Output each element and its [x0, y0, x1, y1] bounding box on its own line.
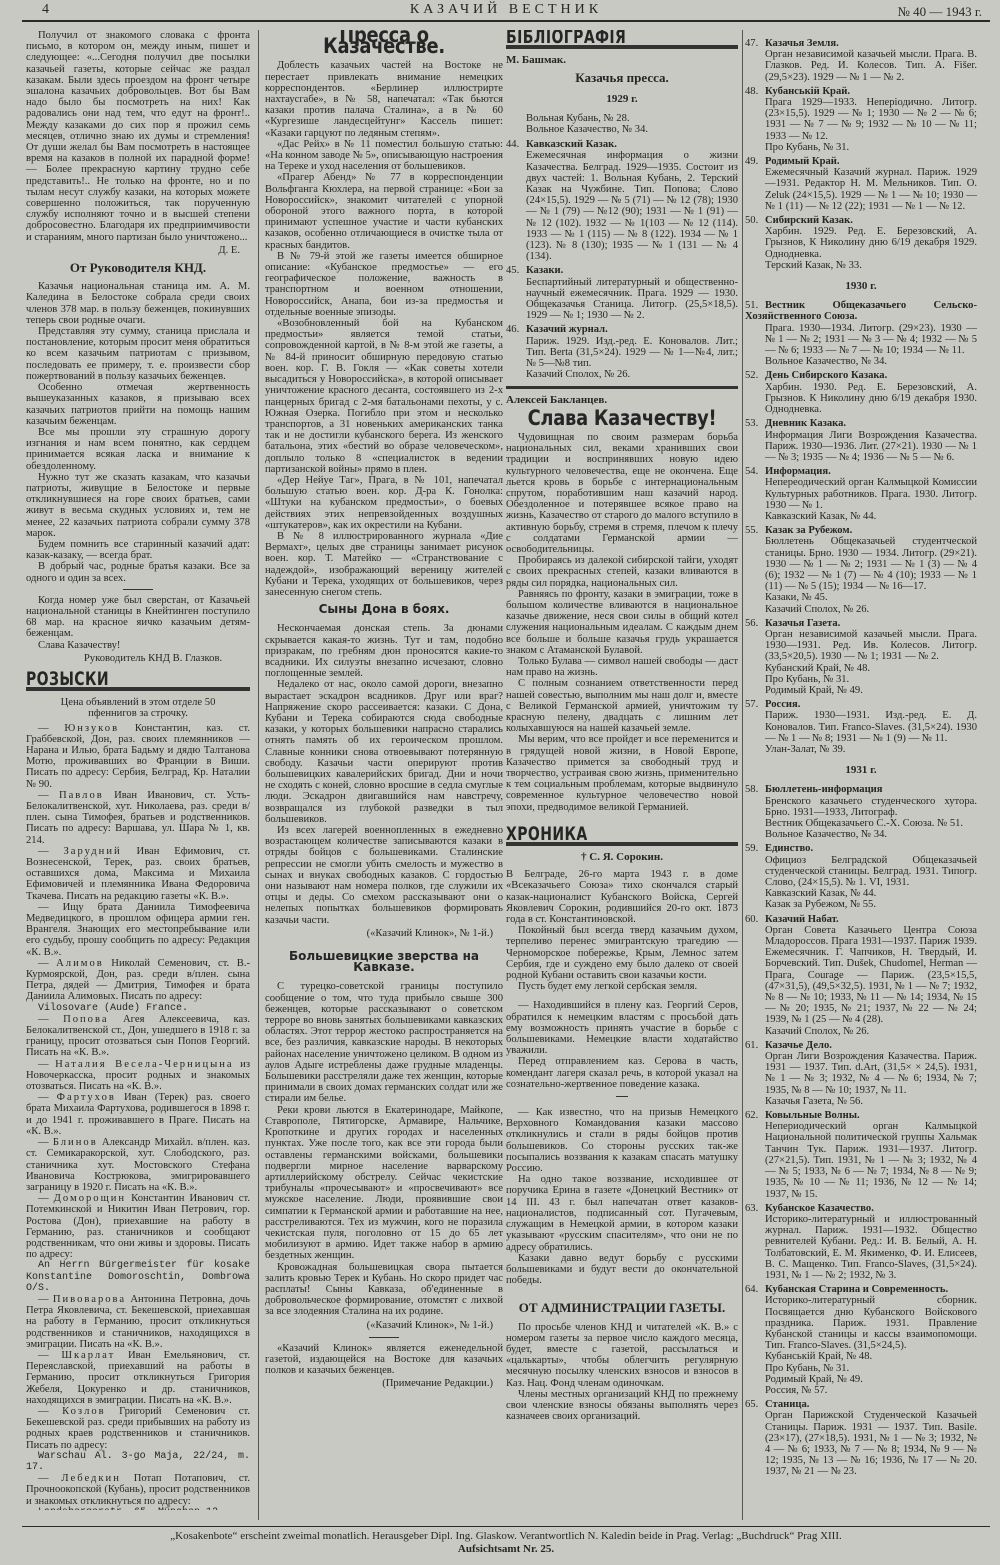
paragraph: Слава Казачеству!	[26, 640, 250, 651]
entry-title: Станица.	[765, 1399, 809, 1410]
column-divider	[258, 30, 259, 1520]
paragraph: С турецко-советской границы поступило со…	[265, 981, 503, 1104]
section-rule	[506, 386, 738, 389]
person-name: Зарудний	[63, 846, 121, 857]
entry-description: Париж. 1930—1931. Изд.-ред. Е. Д. Конова…	[765, 710, 977, 744]
cross-ref: Казак за Рубежом, № 55.	[765, 899, 977, 910]
dash: —	[38, 723, 64, 734]
cross-ref: Кавказский Казак, № 44.	[765, 888, 977, 899]
person-name: Наталия Весела-Черницына	[55, 1059, 233, 1070]
cross-refs: Вольная Кубань, № 28. Вольное Казачество…	[506, 113, 738, 135]
entry-title: Вестник Общеказачьего Сельско-Хозяйствен…	[745, 300, 977, 322]
entry-description: Орган Лиги Возрождения Казачества. Париж…	[765, 1051, 977, 1096]
entry-title: Казаки.	[526, 265, 563, 276]
cross-ref: Про Кубань, № 31.	[765, 1363, 977, 1374]
atrocities-article: С турецко-советской границы поступило со…	[265, 981, 503, 1389]
slava-article: Чудовищная по своим размерам борьба наци…	[506, 432, 738, 813]
entry-title: Ковыльные Волны.	[765, 1110, 860, 1121]
paragraph: — Находившийся в плену каз. Георгий Серо…	[506, 1000, 738, 1056]
entry-header: 53.Дневник Казака.	[745, 418, 977, 429]
year-heading: 1929 г.	[506, 94, 738, 105]
bibliography-entry: 52.День Сибирского Казака.Харбин. 1930. …	[745, 370, 977, 415]
cross-ref: Вестник Общеказачьего С.-Х. Союза. № 51.	[765, 818, 977, 829]
entry-title: Казачий журнал.	[526, 324, 608, 335]
entry-title: Россия.	[765, 699, 800, 710]
paragraph: Нескончаемая донская степь. За дюнами ск…	[265, 623, 503, 679]
don-heading: Сыны Дона в боях.	[265, 604, 503, 615]
bibliography-entry: 60.Казачий Набат.Орган Совета Казачьего …	[745, 914, 977, 1037]
search-notice: — Ищу брата Даниила Тимофеевича Медведиц…	[26, 902, 250, 958]
paragraph: Покойный был всегда тверд казачьим духом…	[506, 925, 738, 981]
cross-ref: Казаки, № 45.	[765, 592, 977, 603]
paragraph: В добрый час, родные братья казаки. Все …	[26, 561, 250, 583]
dash: —	[38, 958, 56, 969]
entry-body: Орган независимой казачьей мысли. Прага.…	[745, 629, 977, 696]
entry-body: Информация Лиги Возрождения Казачества. …	[745, 430, 977, 464]
entry-body: Орган Парижской Студенческой Казачьей Ст…	[745, 1410, 977, 1477]
paragraph: Чудовищная по своим размерам борьба наци…	[506, 432, 738, 555]
source-citation: («Казачий Клинок», № 1-й.)	[265, 928, 493, 939]
entry-number: 51.	[745, 300, 765, 311]
obituary-heading: † С. Я. Сорокин.	[506, 852, 738, 863]
press-article: Доблесть казачьих частей на Востоке не п…	[265, 60, 503, 598]
entry-body: Бюллетень Общеказачьей студентческой ста…	[745, 536, 977, 614]
entry-number: 58.	[745, 784, 765, 795]
paragraph: «Прагер Абенд» № 77 в корреспонденции Во…	[265, 172, 503, 250]
bibliography-entry: 51.Вестник Общеказачьего Сельско-Хозяйст…	[745, 300, 977, 367]
entry-header: 52.День Сибирского Казака.	[745, 370, 977, 381]
paragraph: По просьбе членов КНД и читателей «К. В.…	[506, 1322, 738, 1389]
paragraph: Когда номер уже был сверстан, от Казачье…	[26, 595, 250, 640]
postal-address: Landsbergerstr. 65, München 12.	[26, 1507, 250, 1510]
search-notice: — Доморощин Константин Иванович ст. Поте…	[26, 1193, 250, 1260]
don-article: Нескончаемая донская степь. За дюнами ск…	[265, 623, 503, 939]
entry-description: Прага. 1930—1934. Литогр. (29×23). 1930 …	[765, 323, 977, 357]
search-list: — Юнзуков Константин, каз. ст. Граббевск…	[26, 723, 250, 1510]
entry-title: Кавказский Казак.	[526, 139, 617, 150]
knd-signature: Руководитель КНД В. Глазков.	[66, 653, 240, 664]
paragraph: Представляя эту сумму, станица прислала …	[26, 326, 250, 382]
entry-number: 54.	[745, 466, 765, 477]
dash: —	[38, 846, 63, 857]
entry-body: Орган Совета Казачьего Центра Союза Млад…	[745, 925, 977, 1037]
paragraph: Все мы прошли эту страшную дорогу изгнан…	[26, 427, 250, 472]
bibliography-entry: 57.Россия.Париж. 1930—1931. Изд.-ред. Е.…	[745, 699, 977, 755]
cross-ref: Казачья Газета, № 56.	[765, 1096, 977, 1107]
entry-number: 57.	[745, 699, 765, 710]
entry-title: Кубанськiй Край.	[765, 86, 850, 97]
bibliography-entry: 49.Родимый Край.Ежемесячный Казачий журн…	[745, 156, 977, 212]
chronicle-heading: ХРОНИКА	[506, 829, 696, 840]
entry-title: Казак за Рубежом.	[765, 525, 852, 536]
entry-title: Кубанская Старина и Современность.	[765, 1284, 948, 1295]
entry-header: 58.Бюллетень-информация	[745, 784, 977, 795]
dash: —	[38, 1473, 61, 1484]
bibliography-list: 58.Бюллетень-информацияБренского казачье…	[745, 784, 977, 1477]
atrocities-heading: Большевицкие зверства на Кавказе.	[265, 951, 503, 973]
cross-ref: Улан-Залат, № 39.	[765, 744, 977, 755]
bibliography-entry: 48.Кубанськiй Край.Прага 1929—1933. Непе…	[745, 86, 977, 153]
paragraph: Равняясь по фронту, казаки в эмиграции, …	[506, 589, 738, 656]
bibliography-entry: 44.Кавказский Казак.Ежемесячная информац…	[506, 139, 738, 262]
entry-header: 61.Казачье Дело.	[745, 1040, 977, 1051]
dash: —	[38, 1092, 57, 1103]
entry-body: Прага 1929—1933. Неперiодично. Литогр. (…	[745, 97, 977, 153]
entry-title: Бюллетень-информация	[765, 784, 883, 795]
entry-title: Информация.	[765, 466, 831, 477]
entry-title: Дневник Казака.	[765, 418, 846, 429]
entry-body: Париж. 1929. Изд.-ред. Е. Коновалов. Лит…	[506, 336, 738, 381]
cross-ref: Кубанский Край, № 48.	[765, 663, 977, 674]
paragraph: В № 79-й этой же газеты имеется обширное…	[265, 251, 503, 318]
cross-ref: Вольное Казачество, № 34.	[526, 124, 738, 135]
bibliography-list: 44.Кавказский Казак.Ежемесячная информац…	[506, 139, 738, 380]
entry-description: Орган Парижской Студенческой Казачьей Ст…	[765, 1410, 977, 1477]
divider	[616, 1096, 628, 1097]
paragraph: Члены местных организаций КНД по прежнем…	[506, 1389, 738, 1423]
entry-body: Беспартийный литературный и общественно-…	[506, 277, 738, 322]
search-section-heading: РОЗЫСКИ	[26, 674, 210, 685]
entry-number: 60.	[745, 914, 765, 925]
entry-header: 51.Вестник Общеказачьего Сельско-Хозяйст…	[745, 300, 977, 322]
entry-body: Прага. 1930—1934. Литогр. (29×23). 1930 …	[745, 323, 977, 368]
obituary: В Белграде, 26-го марта 1943 г. в доме «…	[506, 869, 738, 992]
paragraph: Казачья национальная станица им. А. М. К…	[26, 281, 250, 326]
entry-body: Харбин. 1930. Ред. Е. Березовский, А. Гр…	[745, 382, 977, 416]
entry-description: Ежемесячный Казачий журнал. Париж. 1929—…	[765, 167, 977, 212]
paragraph: «Дас Рейх» в № 11 поместил большую стать…	[265, 139, 503, 173]
dash: —	[38, 1350, 61, 1361]
entry-title: День Сибирского Казака.	[765, 370, 887, 381]
search-notice: — Фартухов Иван (Терек) раз. своего брат…	[26, 1092, 250, 1137]
entry-description: Бюллетень Общеказачьей студентческой ста…	[765, 536, 977, 592]
paragraph: «Дер Нейуе Таг», Прага, в № 101, напечат…	[265, 475, 503, 531]
footer-rule	[22, 1526, 990, 1527]
paragraph: «Возобновленный бой на Кубанском предмос…	[265, 318, 503, 475]
entry-number: 46.	[506, 324, 526, 335]
cross-ref: Про Кубань, № 31.	[765, 674, 977, 685]
column-4: 47.Казачья Земля.Орган независимой казач…	[745, 30, 977, 1510]
entry-header: 47.Казачья Земля.	[745, 38, 977, 49]
dash: —	[38, 1193, 54, 1204]
paragraph: Недалеко от нас, около самой дороги, вне…	[265, 679, 503, 825]
entry-number: 47.	[745, 38, 765, 49]
censor-number: Aufsichtsamt Nr. 25.	[22, 1543, 990, 1556]
bibliography-list: 51.Вестник Общеказачьего Сельско-Хозяйст…	[745, 300, 977, 755]
paragraph: Мы верим, что все пройдет и все перемени…	[506, 734, 738, 812]
entry-header: 57.Россия.	[745, 699, 977, 710]
divider	[123, 589, 153, 590]
column-1: Получил от знакомого словака с фронта пи…	[26, 30, 250, 1510]
search-notice: — Павлов Иван Иванович, ст. Усть-Белокал…	[26, 790, 250, 846]
entry-description: Париж. 1929. Изд.-ред. Е. Коновалов. Лит…	[526, 336, 738, 370]
postal-address: An Herrn Bürgermeister für kosake Konsta…	[26, 1260, 250, 1294]
entry-description: Официоз Белградской Общеказачьей студенч…	[765, 855, 977, 889]
person-name: Пивоварова	[53, 1294, 126, 1305]
entry-body: Историко-литературный и иллюстрованный ж…	[745, 1214, 977, 1281]
bibliography-entry: 64.Кубанская Старина и Современность.Ист…	[745, 1284, 977, 1396]
entry-header: 59.Единство.	[745, 843, 977, 854]
column-divider	[742, 30, 743, 1520]
entry-description: Прага 1929—1933. Неперiодично. Литогр. (…	[765, 97, 977, 142]
dash: —	[38, 790, 59, 801]
imprint-footer: „Kosakenbote“ erscheint zweimal monatlic…	[22, 1530, 990, 1556]
entry-header: 63.Кубанское Казачество.	[745, 1203, 977, 1214]
person-name: Лебедкин	[61, 1473, 121, 1484]
person-name: Фартухов	[57, 1092, 116, 1103]
bibliography-entry: 56.Казачья Газета.Орган независимой каза…	[745, 618, 977, 696]
paragraph: С полным сознанием ответственности перед…	[506, 678, 738, 734]
entry-title: Казачий Набат.	[765, 914, 839, 925]
paragraph: Перед отправлением каз. Серова в часть, …	[506, 1056, 738, 1090]
dash: —	[38, 1406, 62, 1417]
entry-description: Беспартийный литературный и общественно-…	[526, 277, 738, 322]
entry-number: 59.	[745, 843, 765, 854]
paragraph: Кровожадная большевицкая свора пытается …	[265, 1262, 503, 1318]
entry-body: Ежемесячный Казачий журнал. Париж. 1929—…	[745, 167, 977, 212]
entry-header: 54.Информация.	[745, 466, 977, 477]
entry-header: 56.Казачья Газета.	[745, 618, 977, 629]
cross-ref: Терский Казак, № 33.	[765, 260, 977, 271]
paragraph: Из всех лагерей военнопленных в ежедневн…	[265, 825, 503, 926]
dash: —	[38, 1294, 53, 1305]
search-notice: — Шкарлат Иван Емельянович, ст. Переясла…	[26, 1350, 250, 1406]
entry-title: Сибирский Казак.	[765, 215, 853, 226]
entry-number: 48.	[745, 86, 765, 97]
entry-header: 60.Казачий Набат.	[745, 914, 977, 925]
bibliography-entry: 55.Казак за Рубежом.Бюллетень Общеказачь…	[745, 525, 977, 615]
search-notice: — Блинов Александр Михайл. в/плен. каз. …	[26, 1137, 250, 1193]
masthead: 4 КАЗАЧИЙ ВЕСТНИК № 40 — 1943 г.	[22, 0, 990, 22]
entry-description: Историко-литературный и иллюстрованный ж…	[765, 1214, 977, 1281]
entry-body: Харбин. 1929. Ред. Е. Березовский, А. Гр…	[745, 226, 977, 271]
issue-number: № 40 — 1943 г.	[897, 4, 982, 20]
person-name: Попова	[63, 1014, 108, 1025]
paragraph: Реки крови льются в Екатеринодаре, Майко…	[265, 1105, 503, 1262]
cross-ref: Казачий Сполох, № 26.	[765, 1026, 977, 1037]
entry-title: Единство.	[765, 843, 813, 854]
entry-description: Орган независимой казачьей мысли. Прага.…	[765, 49, 977, 83]
newspaper-title: КАЗАЧИЙ ВЕСТНИК	[22, 2, 990, 18]
bibliography-list: 47.Казачья Земля.Орган независимой казач…	[745, 38, 977, 271]
entry-description: Ежемесячная информация о жизни Казачеств…	[526, 150, 738, 262]
entry-header: 45.Казаки.	[506, 265, 738, 276]
paragraph: — Как известно, что на призыв Немецкого …	[506, 1107, 738, 1174]
year-heading: 1931 г.	[745, 765, 977, 776]
bibliography-entry: 47.Казачья Земля.Орган независимой казач…	[745, 38, 977, 83]
paragraph: В № 8 иллюстрированного журнала «Дие Вер…	[265, 531, 503, 598]
letter-text: Получил от знакомого словака с фронта пи…	[26, 30, 250, 243]
column-2: Пресса о Казачестве. Доблесть казачьих ч…	[265, 30, 503, 1510]
person-name: Шкарлат	[61, 1350, 115, 1361]
bibliography-entry: 53.Дневник Казака.Информация Лиги Возрож…	[745, 418, 977, 463]
person-name: Блинов	[53, 1137, 98, 1148]
cross-ref: Вольное Казачество, № 34.	[765, 829, 977, 840]
entry-number: 63.	[745, 1203, 765, 1214]
bibliography-entry: 63.Кубанское Казачество.Историко-литерат…	[745, 1203, 977, 1281]
entry-header: 64.Кубанская Старина и Современность.	[745, 1284, 977, 1295]
person-name: Юнзуков	[64, 723, 119, 734]
bibliography-heading: БІБЛІОҐРАФІЯ	[506, 32, 696, 43]
entry-body: Официоз Белградской Общеказачьей студенч…	[745, 855, 977, 911]
paragraph: Казаки давно ведут борьбу с русскими бол…	[506, 1253, 738, 1287]
paragraph: В Белграде, 26-го марта 1943 г. в доме «…	[506, 869, 738, 925]
press-heading: Пресса о Казачестве.	[283, 30, 485, 52]
postal-address: Vilosovare (Aude) France.	[26, 1003, 250, 1014]
bibliography-entry: 62.Ковыльные Волны.Непериодический орган…	[745, 1110, 977, 1200]
entry-description: Харбин. 1930. Ред. Е. Березовский, А. Гр…	[765, 382, 977, 416]
bibliography-entry: 50.Сибирский Казак.Харбин. 1929. Ред. Е.…	[745, 215, 977, 271]
person-name: Алимов	[56, 958, 104, 969]
paragraph: Пусть будет ему легкой сербская земля.	[506, 981, 738, 992]
entry-title: Кубанское Казачество.	[765, 1203, 874, 1214]
dash: —	[38, 1014, 63, 1025]
entry-body: Париж. 1930—1931. Изд.-ред. Е. Д. Конова…	[745, 710, 977, 755]
dash: —	[38, 902, 63, 913]
entry-header: 50.Сибирский Казак.	[745, 215, 977, 226]
entry-header: 48.Кубанськiй Край.	[745, 86, 977, 97]
entry-body: Орган независимой казачьей мысли. Прага.…	[745, 49, 977, 83]
entry-number: 55.	[745, 525, 765, 536]
cross-ref: Казачий Сполох, № 26.	[765, 604, 977, 615]
cross-ref: Вольная Кубань, № 28.	[526, 113, 738, 124]
paragraph: Доблесть казачьих частей на Востоке не п…	[265, 60, 503, 138]
entry-description: Харбин. 1929. Ред. Е. Березовский, А. Гр…	[765, 226, 977, 260]
search-notice: — Зарудний Иван Ефимович, ст. Вознесенск…	[26, 846, 250, 902]
entry-number: 61.	[745, 1040, 765, 1051]
year-heading: 1930 г.	[745, 281, 977, 292]
editor-note-source: (Примечание Редакции.)	[265, 1378, 493, 1389]
divider	[369, 1337, 399, 1338]
bibliography-entry: 58.Бюллетень-информацияБренского казачье…	[745, 784, 977, 840]
entry-number: 50.	[745, 215, 765, 226]
cross-ref: Родимый Край, № 49.	[765, 685, 977, 696]
serov-news: — Находившийся в плену каз. Георгий Серо…	[506, 1000, 738, 1090]
person-name: Козлов	[62, 1406, 106, 1417]
entry-body: Непериодический орган Калмыцкой Национал…	[745, 1121, 977, 1199]
entry-number: 65.	[745, 1399, 765, 1410]
source-citation: («Казачий Клинок», № 1-й.)	[265, 1320, 493, 1331]
entry-title: Казачья Газета.	[765, 618, 840, 629]
entry-number: 52.	[745, 370, 765, 381]
letter-signature: Д. Е.	[26, 245, 240, 256]
cross-ref: Родимый Край, № 49.	[765, 1374, 977, 1385]
entry-body: Непереодический орган Калмыцкой Комиссии…	[745, 477, 977, 522]
bibliography-author: М. Башмак.	[506, 55, 738, 66]
dash: —	[38, 1137, 53, 1148]
bibliography-entry: 45.Казаки.Беспартийный литературный и об…	[506, 265, 738, 321]
bibliography-entry: 59.Единство.Официоз Белградской Общеказа…	[745, 843, 977, 910]
editor-note: «Казачий Клинок» является еженедельной г…	[265, 1343, 503, 1377]
entry-header: 62.Ковыльные Волны.	[745, 1110, 977, 1121]
imprint-line: „Kosakenbote“ erscheint zweimal monatlic…	[22, 1530, 990, 1543]
knd-heading: От Руководителя КНД.	[26, 262, 250, 273]
entry-description: Непереодический орган Калмыцкой Комиссии…	[765, 477, 977, 511]
entry-number: 49.	[745, 156, 765, 167]
entry-description: Орган независимой казачьей мысли. Прага.…	[765, 629, 977, 663]
entry-description: Историко-литературный сборник. Посвящает…	[765, 1295, 977, 1351]
cross-ref: Кавказский Казак, № 44.	[765, 511, 977, 522]
entry-number: 53.	[745, 418, 765, 429]
entry-description: Непериодический орган Калмыцкой Национал…	[765, 1121, 977, 1199]
bibliography-subtitle: Казачья пресса.	[506, 72, 738, 83]
search-notice: — Козлов Григорий Семенович ст. Бекешевс…	[26, 1406, 250, 1451]
entry-header: 44.Кавказский Казак.	[506, 139, 738, 150]
entry-body: Бренского казачьего студенческого хутора…	[745, 796, 977, 841]
administration-notice: По просьбе членов КНД и читателей «К. В.…	[506, 1322, 738, 1423]
bibliography-entry: 65.Станица.Орган Парижской Студенческой …	[745, 1399, 977, 1477]
search-notice: — Юнзуков Константин, каз. ст. Граббевск…	[26, 723, 250, 790]
cross-ref: Казачий Сполох, № 26.	[526, 369, 738, 380]
newspaper-page: 4 КАЗАЧИЙ ВЕСТНИК № 40 — 1943 г. Получил…	[0, 0, 1000, 1565]
search-notice: — Наталия Весела-Черницына из Новочеркас…	[26, 1059, 250, 1093]
bibliography-entry: 61.Казачье Дело.Орган Лиги Возрождения К…	[745, 1040, 977, 1107]
paragraph: Только Булава — символ нашей свободы — д…	[506, 656, 738, 678]
paragraph: На одно такое воззвание, исходившее от п…	[506, 1174, 738, 1252]
cross-ref: Кубанськiй Край, № 48.	[765, 1351, 977, 1362]
entry-number: 44.	[506, 139, 526, 150]
entry-title: Казачья Земля.	[765, 38, 839, 49]
entry-title: Родимый Край.	[765, 156, 840, 167]
paragraph: Нужно тут же сказать казакам, что казачь…	[26, 472, 250, 539]
person-name: Доморощин	[54, 1193, 126, 1204]
entry-header: 46.Казачий журнал.	[506, 324, 738, 335]
dash: —	[38, 1059, 55, 1070]
search-notice: — Лебедкин Потап Потапович, ст. Прочноок…	[26, 1473, 250, 1507]
bibliography-entry: 46.Казачий журнал.Париж. 1929. Изд.-ред.…	[506, 324, 738, 380]
entry-description: Бренского казачьего студенческого хутора…	[765, 796, 977, 818]
entry-header: 49.Родимый Край.	[745, 156, 977, 167]
cross-ref: Про Кубань, № 31.	[765, 142, 977, 153]
slava-heading: Слава Казачеству!	[523, 413, 720, 424]
search-notice: — Пивоварова Антонина Петровна, дочь Пет…	[26, 1294, 250, 1350]
paragraph: Особенно отмечая жертвенность вышеуказан…	[26, 382, 250, 427]
entry-body: Орган Лиги Возрождения Казачества. Париж…	[745, 1051, 977, 1107]
paragraph: Будем помнить все старинный казачий адат…	[26, 539, 250, 561]
entry-description: Орган Совета Казачьего Центра Союза Млад…	[765, 925, 977, 1026]
administration-heading: ОТ АДМИНИСТРАЦИИ ГАЗЕТЫ.	[506, 1302, 738, 1313]
entry-body: Ежемесячная информация о жизни Казачеств…	[506, 150, 738, 262]
entry-number: 62.	[745, 1110, 765, 1121]
ad-price-note: Цена объявлений в этом отделе 50 пфенниг…	[26, 697, 250, 719]
postal-address: Warschau Al. 3-go Maja, 22/24, m. 17.	[26, 1451, 250, 1473]
search-notice: — Попова Агея Алексеевича, каз. Белокали…	[26, 1014, 250, 1059]
entry-title: Казачье Дело.	[765, 1040, 832, 1051]
entry-number: 45.	[506, 265, 526, 276]
cross-ref: Россия, № 57.	[765, 1385, 977, 1396]
appeal-news: — Как известно, что на призыв Немецкого …	[506, 1107, 738, 1286]
column-3: БІБЛІОҐРАФІЯ М. Башмак. Казачья пресса. …	[506, 30, 738, 1510]
bibliography-entry: 54.Информация.Непереодический орган Калм…	[745, 466, 977, 522]
search-notice: — Алимов Николай Семенович, ст. В.-Курмо…	[26, 958, 250, 1003]
knd-article: Казачья национальная станица им. А. М. К…	[26, 281, 250, 664]
cross-ref: Вольное Казачество, № 34.	[765, 356, 977, 367]
entry-header: 55.Казак за Рубежом.	[745, 525, 977, 536]
entry-description: Информация Лиги Возрождения Казачества. …	[765, 430, 977, 464]
entry-number: 56.	[745, 618, 765, 629]
entry-header: 65.Станица.	[745, 1399, 977, 1410]
paragraph: Пробираясь из далекой сибирской тайги, у…	[506, 555, 738, 589]
entry-number: 64.	[745, 1284, 765, 1295]
person-name: Павлов	[59, 790, 104, 801]
entry-body: Историко-литературный сборник. Посвящает…	[745, 1295, 977, 1396]
